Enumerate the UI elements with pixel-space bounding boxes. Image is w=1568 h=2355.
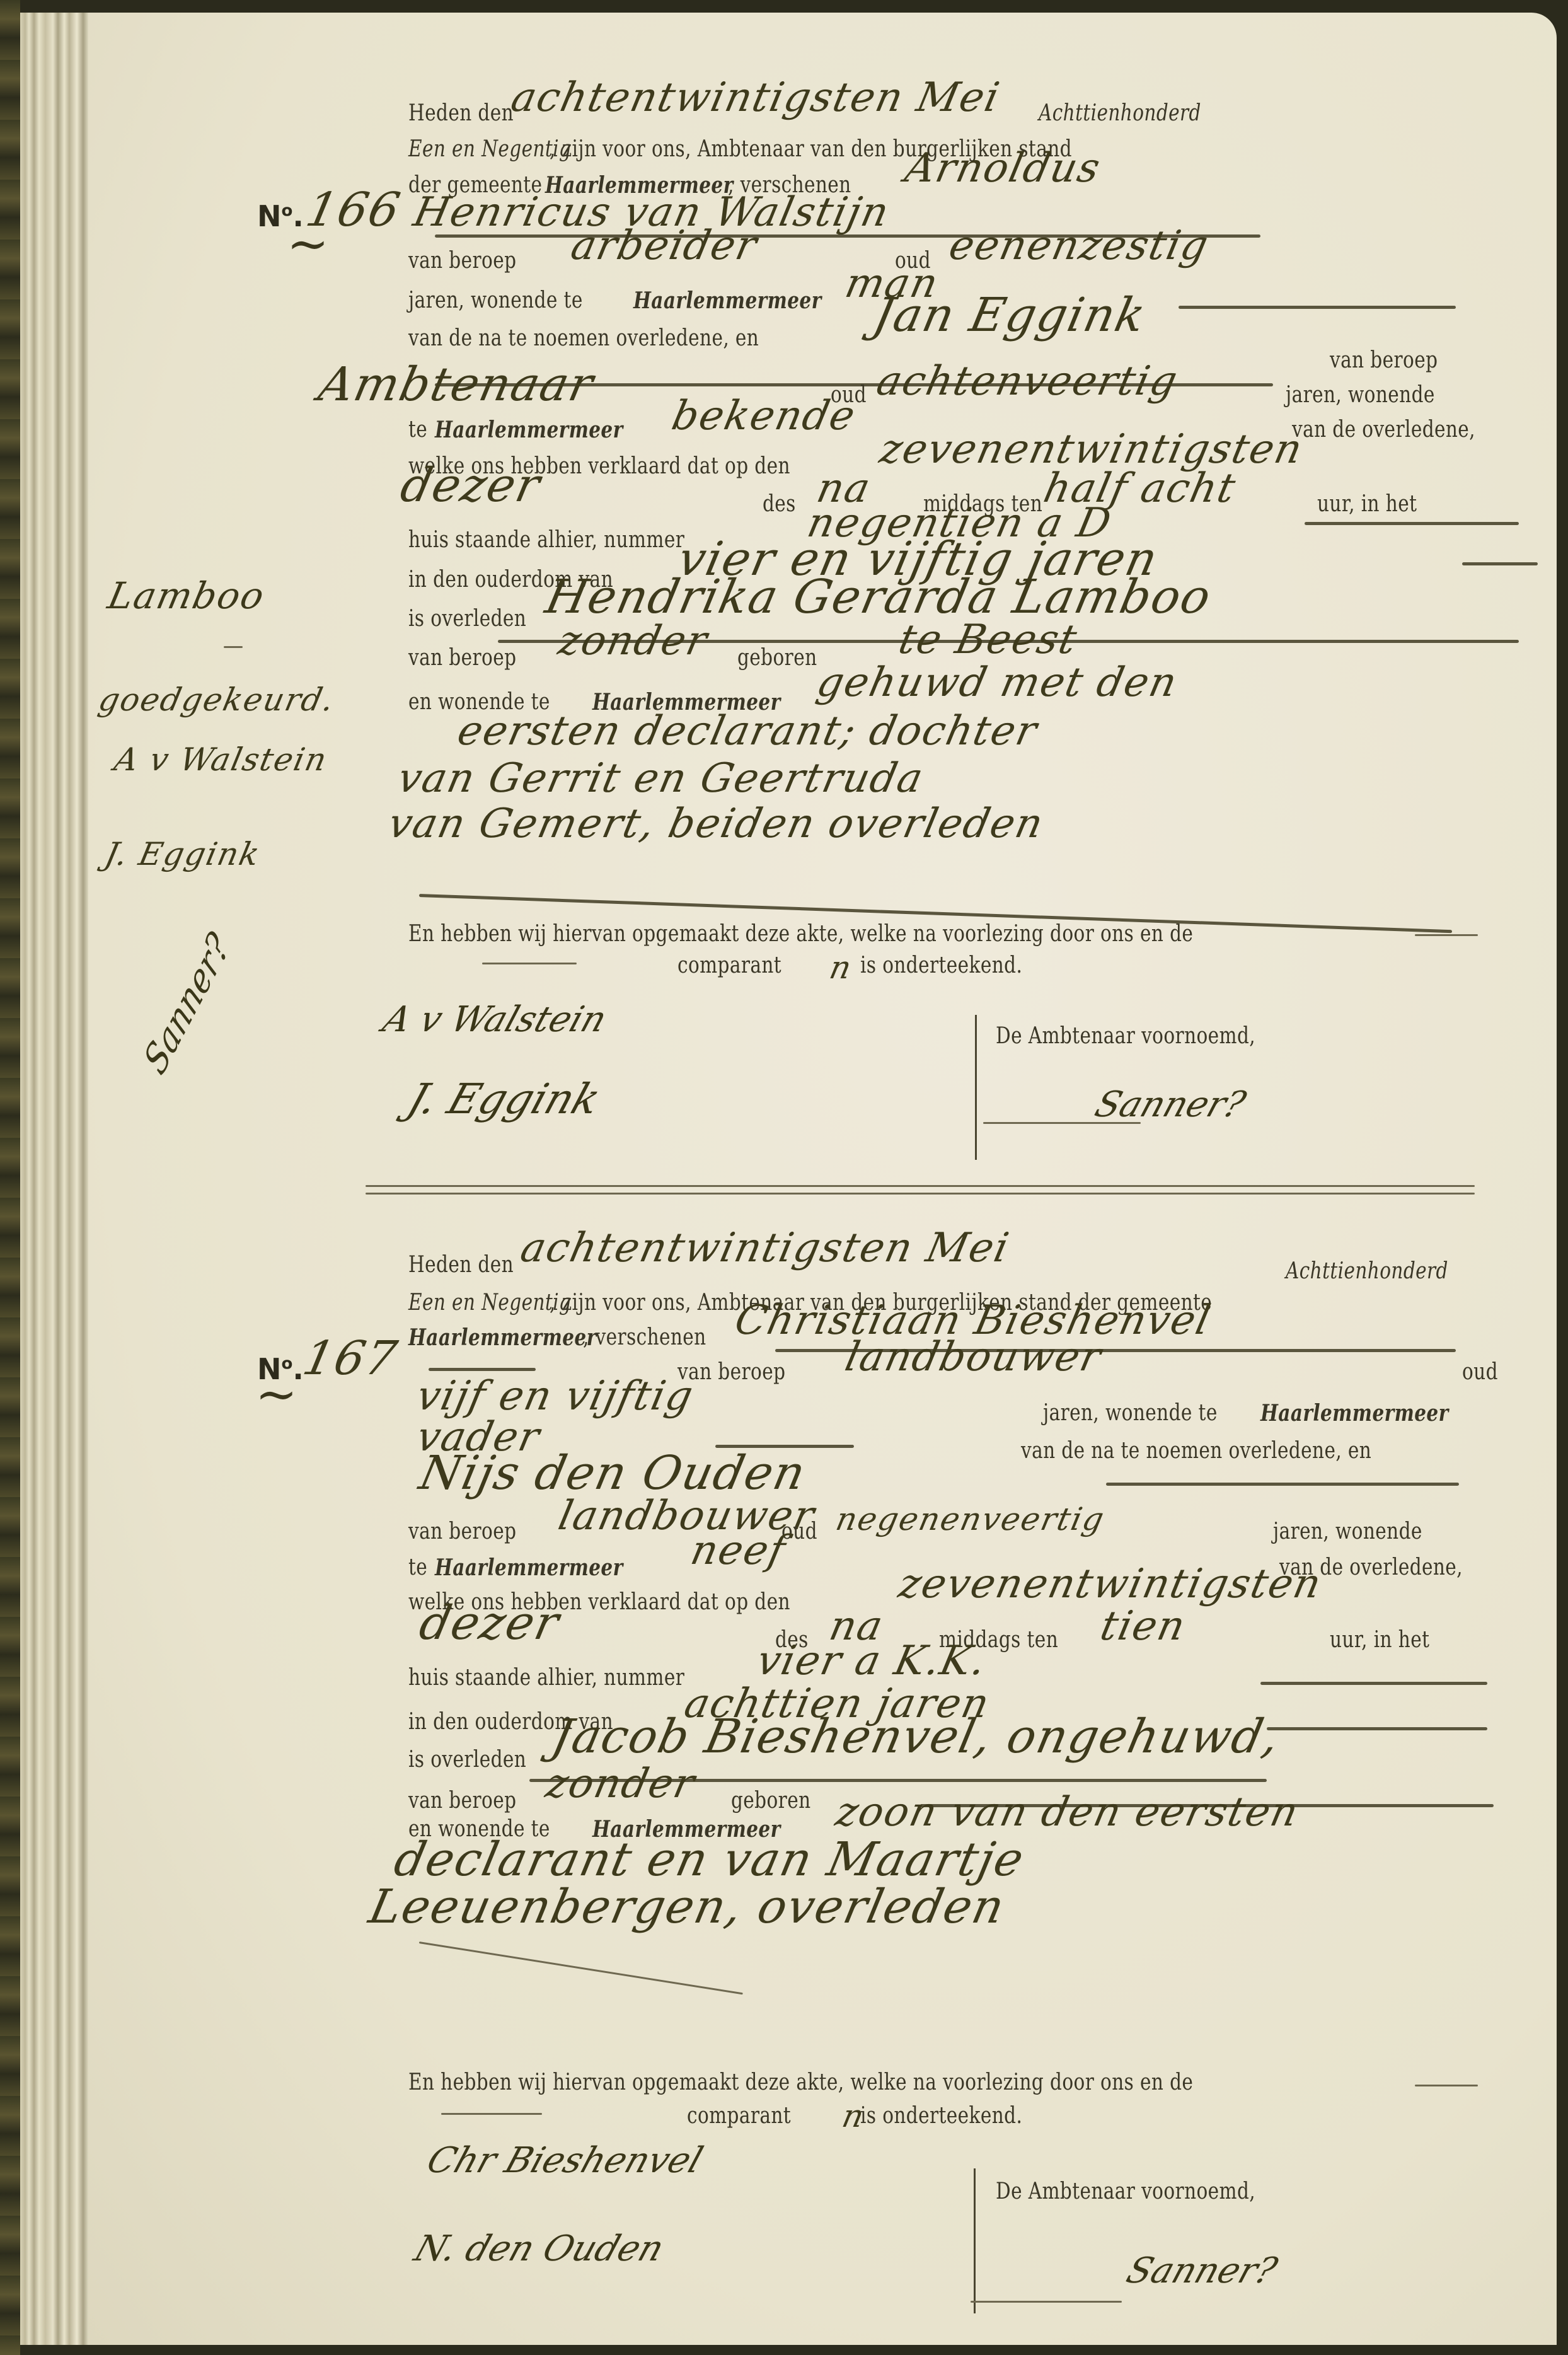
closing-onderteekend: is onderteekend. [860, 952, 1022, 980]
label-uur-in-het: uur, in het [1317, 490, 1417, 518]
label-municipality: Haarlemmermeer [1260, 1399, 1449, 1427]
label-des: des [763, 490, 796, 518]
label-achttienhonderd: Achttienhonderd [1286, 1258, 1448, 1285]
declarant2-age: achtenveertig [873, 359, 1182, 403]
label-van-de-overledene: van de overledene, [1292, 416, 1475, 444]
label-verschenen: , verschenen [583, 1324, 706, 1351]
label-te: te [408, 1554, 427, 1582]
label-achttienhonderd: Achttienhonderd [1039, 100, 1201, 127]
fill-line [1415, 934, 1478, 936]
label-huis-staande: huis staande alhier, nummer [408, 526, 684, 554]
declarant1-occupation: arbeider [567, 224, 761, 268]
label-oud: oud [1462, 1358, 1498, 1386]
label-comparant: comparant [687, 2102, 791, 2130]
remarks-line-1: gehuwd met den [813, 661, 1182, 705]
fill-line [441, 2113, 542, 2115]
signature-flourish [983, 1122, 1141, 1124]
death-hour: tien [1097, 1604, 1190, 1648]
closing-text: En hebben wij hiervan opgemaakt deze akt… [408, 2069, 1193, 2097]
label-municipality: Haarlemmermeer [435, 1554, 623, 1582]
margin-signature-2: J. Eggink [101, 832, 265, 876]
death-month: dezer [416, 1601, 563, 1645]
fill-line [1179, 306, 1456, 309]
declarant2-relation: bekende [668, 394, 860, 438]
fill-line [1106, 1483, 1459, 1486]
label-jaren-wonende-te: jaren, wonende te [1043, 1399, 1218, 1427]
no-label: N [257, 199, 282, 233]
remarks-line-4: van Gemert, beiden overleden [384, 802, 1048, 846]
declarant2-name: Nijs den Ouden [416, 1451, 810, 1495]
fill-line [1415, 2085, 1478, 2086]
signature-official: Sanner? [1090, 1084, 1250, 1125]
death-day: zevenentwintigsten [895, 1562, 1326, 1606]
record-date: achtentwintigsten Mei [517, 1226, 1013, 1270]
fill-line [429, 1368, 536, 1371]
closing-onderteekend: is onderteekend. [860, 2102, 1022, 2130]
fill-line [1267, 1727, 1487, 1730]
label-jaren-wonende-te: jaren, wonende te [408, 287, 583, 315]
fill-line [1462, 562, 1538, 565]
label-van-beroep: van beroep [1330, 347, 1438, 374]
house-number: vier a K.K. [753, 1639, 991, 1683]
signature-flourish [971, 2301, 1122, 2303]
birthplace: te Beest [895, 618, 1081, 662]
label-jaren-wonende: jaren, wonende [1273, 1518, 1422, 1546]
record-date: achtentwintigsten Mei [507, 76, 1004, 120]
signature-official: Sanner? [1121, 2250, 1282, 2291]
record-separator [366, 1193, 1475, 1195]
declarant1-age: eenenzestig [945, 224, 1213, 268]
label-heden-den: Heden den [408, 1251, 514, 1279]
label-heden-den: Heden den [408, 100, 514, 127]
label-van-beroep: van beroep [408, 247, 516, 275]
declarant1-occupation: landbouwer [841, 1335, 1106, 1379]
fill-line [482, 963, 577, 964]
declarant1-age: vijf en vijftig [413, 1374, 698, 1418]
book-binding [0, 0, 20, 2355]
label-municipality: Haarlemmermeer [408, 1324, 597, 1351]
deceased-name: Hendrika Gerarda Lamboo [542, 575, 1215, 619]
label-municipality: Haarlemmermeer [435, 416, 623, 444]
signature-declarant-1: A v Walstein [378, 999, 611, 1040]
fill-line [1305, 522, 1519, 525]
page-edges [20, 13, 89, 2345]
margin-dash [224, 646, 243, 648]
label-van-de-na-te-noemen: van de na te noemen overledene, en [408, 325, 759, 352]
declarant2-name: Jan Eggink [870, 293, 1150, 337]
signature-declarant-2: J. Eggink [401, 1075, 606, 1123]
record-separator [366, 1185, 1475, 1187]
remarks-line-2: eersten declarant; dochter [454, 709, 1042, 753]
closing-text: En hebben wij hiervan opgemaakt deze akt… [408, 920, 1193, 948]
label-van-beroep: van beroep [408, 1787, 516, 1815]
label-een-en-negentig: Een en Negentig [408, 136, 571, 163]
deceased-name: Jacob Bieshenvel, ongehuwd, [548, 1715, 1284, 1759]
remarks-line-3: van Gerrit en Geertruda [394, 756, 928, 801]
flourish-icon: ~ [255, 1365, 297, 1423]
label-is-overleden: is overleden [408, 1746, 526, 1774]
label-ambtenaar-voornoemd: De Ambtenaar voornoemd, [996, 2178, 1255, 2206]
margin-signature-1: A v Walstein [110, 738, 331, 782]
label-uur-in-het: uur, in het [1330, 1626, 1429, 1654]
margin-note-name: Lamboo [104, 574, 269, 618]
declarant2-age: negenenveertig [832, 1497, 1109, 1541]
label-geboren: geboren [737, 644, 817, 672]
record-number: 167 [299, 1336, 401, 1380]
label-van-de-na-te-noemen: van de na te noemen overledene, en [1021, 1437, 1371, 1465]
label-comparant: comparant [677, 952, 781, 980]
label-geboren: geboren [731, 1787, 811, 1815]
margin-note-approved: goedgekeurd. [95, 678, 339, 722]
label-municipality: Haarlemmermeer [633, 287, 822, 315]
declarant2-relation: neef [687, 1529, 790, 1573]
deceased-occupation: zonder [555, 619, 712, 663]
label-van-beroep: van beroep [408, 644, 516, 672]
signature-declarant-1: Chr Bieshenvel [422, 2140, 708, 2181]
deceased-occupation: zonder [542, 1762, 700, 1806]
declarant2-occupation: Ambtenaar [315, 362, 598, 407]
label-van-beroep: van beroep [408, 1518, 516, 1546]
flourish-icon: ~ [287, 214, 329, 273]
label-huis-staande: huis staande alhier, nummer [408, 1664, 684, 1692]
brace-line [975, 1015, 977, 1160]
label-is-overleden: is overleden [408, 605, 526, 633]
label-jaren-wonende: jaren, wonende [1286, 381, 1435, 409]
signature-declarant-2: N. den Ouden [409, 2228, 669, 2269]
remarks-line-1: zoon van den eersten [832, 1790, 1303, 1834]
declarant1-firstname: Arnoldus [901, 146, 1105, 190]
label-te: te [408, 416, 427, 444]
fill-line [1260, 1682, 1487, 1685]
label-een-en-negentig: Een en Negentig [408, 1289, 571, 1317]
remarks-line-2: declarant en van Maartje [391, 1837, 1029, 1882]
label-ambtenaar-voornoemd: De Ambtenaar voornoemd, [996, 1022, 1255, 1050]
death-month: dezer [397, 463, 545, 507]
brace-line [974, 2168, 976, 2313]
remarks-line-3: Leeuenbergen, overleden [366, 1885, 1009, 1929]
